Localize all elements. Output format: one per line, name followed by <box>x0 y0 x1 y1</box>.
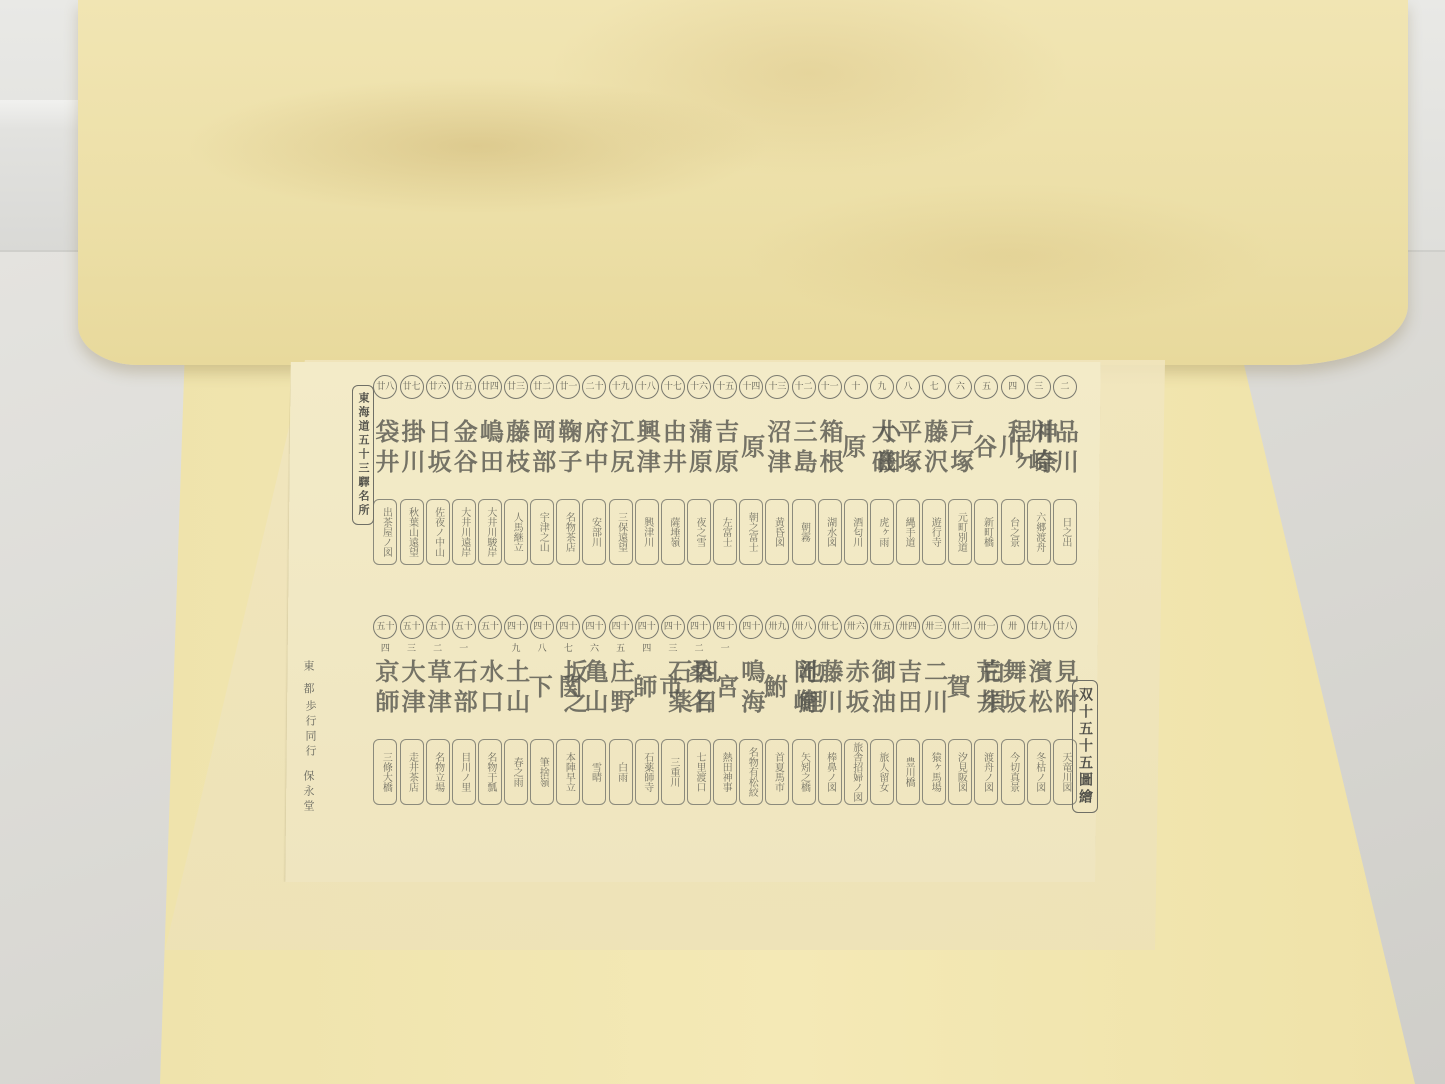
scene-caption: 出茶屋ノ図 <box>373 499 397 565</box>
station-index-grid: 二品川日之出廿八見附天竜川図三川崎六郷渡舟廿九濱松冬枯ノ図四神奈川台之景卅舞坂今… <box>300 375 1100 875</box>
right-title-box: 双十五十五圖繪 <box>1072 680 1098 813</box>
scene-caption: 三條大橋 <box>373 739 397 805</box>
footer-note: 歩行同行 <box>302 700 318 760</box>
station-number: 五十四 <box>373 615 397 639</box>
station-number: 廿八 <box>373 375 397 399</box>
curled-book-page <box>78 0 1408 365</box>
station-name: 京師 <box>368 645 403 733</box>
footer-publisher-place: 東 都 <box>300 660 316 698</box>
footer-publisher: 保永堂 <box>300 770 316 815</box>
station-entry: 五十四京師三條大橋 <box>364 615 406 805</box>
left-title-box: 東海道五十三驛名所 <box>352 385 374 525</box>
